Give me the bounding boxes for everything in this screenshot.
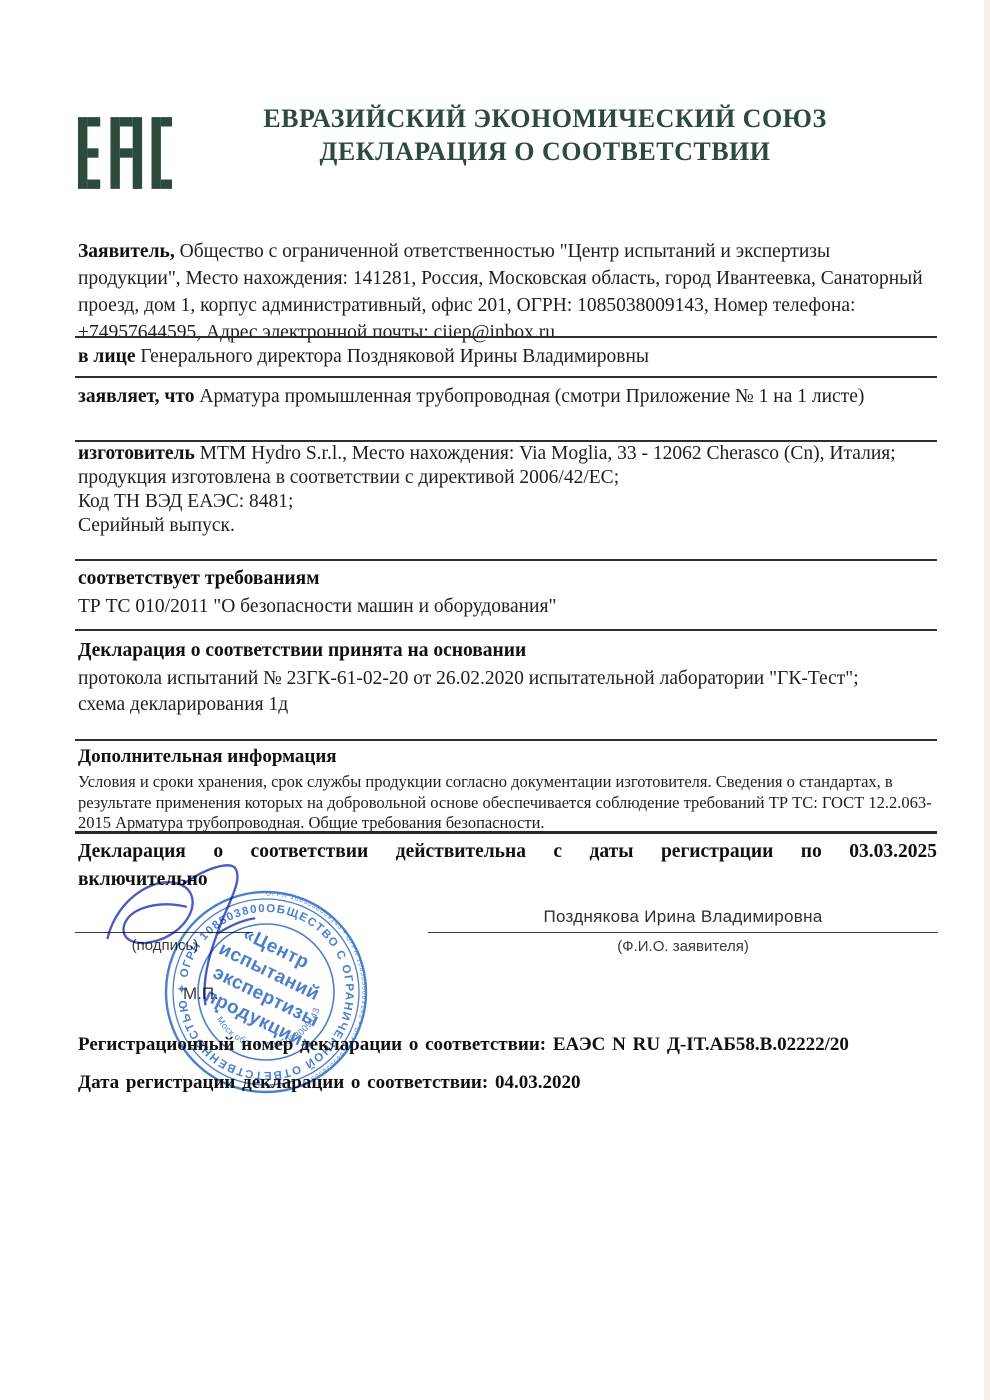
registration-date-value: 04.03.2020 — [495, 1072, 581, 1093]
document-title: ЕВРАЗИЙСКИЙ ЭКОНОМИЧЕСКИЙ СОЮЗ ДЕКЛАРАЦИ… — [225, 102, 865, 168]
manufacturer-line: изготовитель MTM Hydro S.r.l., Место нах… — [78, 442, 937, 466]
applicant-text: Общество с ограниченной ответственностью… — [78, 241, 923, 343]
applicant-name-line — [428, 932, 938, 933]
divider-rule — [75, 559, 937, 561]
divider-rule — [75, 629, 937, 631]
basis-scheme-text: схема декларирования 1д — [78, 692, 937, 718]
declares-paragraph: заявляет, что Арматура промышленная труб… — [78, 383, 937, 410]
in-person-line: в лице Генерального директора Поздняково… — [78, 343, 937, 370]
title-line-2: ДЕКЛАРАЦИЯ О СООТВЕТСТВИИ — [225, 135, 865, 168]
eac-logo-icon — [78, 112, 172, 194]
in-person-label: в лице — [78, 346, 135, 367]
registration-date-label: Дата регистрации декларации о соответств… — [78, 1072, 488, 1093]
registration-number-label: Регистрационный номер декларации о соотв… — [78, 1034, 546, 1055]
declares-text: Арматура промышленная трубопроводная (см… — [199, 386, 864, 407]
company-round-stamp: ОГРН 1085038009143 • ОГРН 1085038009143 … — [160, 886, 372, 1098]
manufacturer-directive-line: продукция изготовлена в соответствии с д… — [78, 466, 937, 490]
declares-label: заявляет, что — [78, 386, 195, 407]
manufacturer-serial-line: Серийный выпуск. — [78, 514, 937, 538]
manufacturer-paragraph: изготовитель MTM Hydro S.r.l., Место нах… — [78, 442, 937, 538]
divider-rule — [75, 739, 937, 741]
manufacturer-label: изготовитель — [78, 443, 195, 464]
applicant-name: Позднякова Ирина Владимировна — [428, 907, 938, 927]
applicant-name-caption: (Ф.И.О. заявителя) — [428, 938, 938, 955]
registration-date-line: Дата регистрации декларации о соответств… — [78, 1069, 958, 1096]
applicant-label: Заявитель, — [78, 241, 175, 262]
divider-rule — [75, 336, 937, 338]
applicant-paragraph: Заявитель, Общество с ограниченной ответ… — [78, 238, 937, 346]
divider-rule — [75, 376, 937, 378]
divider-rule-thick — [75, 831, 937, 834]
scan-edge-artifact — [984, 0, 990, 1400]
basis-paragraph: протокола испытаний № 23ГК-61-02-20 от 2… — [78, 666, 937, 718]
conformity-text: ТР ТС 010/2011 "О безопасности машин и о… — [78, 593, 937, 620]
registration-number-line: Регистрационный номер декларации о соотв… — [78, 1031, 958, 1058]
basis-heading: Декларация о соответствии принята на осн… — [78, 637, 937, 664]
title-line-1: ЕВРАЗИЙСКИЙ ЭКОНОМИЧЕСКИЙ СОЮЗ — [225, 102, 865, 135]
conformity-heading: соответствует требованиям — [78, 565, 937, 592]
registration-number-value: ЕАЭС N RU Д-IT.АБ58.В.02222/20 — [553, 1034, 849, 1055]
basis-protocol-text: протокола испытаний № 23ГК-61-02-20 от 2… — [78, 666, 937, 692]
manufacturer-tnved-line: Код ТН ВЭД ЕАЭС: 8481; — [78, 490, 937, 514]
declaration-document-page: ЕВРАЗИЙСКИЙ ЭКОНОМИЧЕСКИЙ СОЮЗ ДЕКЛАРАЦИ… — [0, 0, 990, 1400]
additional-info-text: Условия и сроки хранения, срок службы пр… — [78, 772, 937, 834]
additional-info-heading: Дополнительная информация — [78, 743, 937, 770]
in-person-text: Генерального директора Поздняковой Ирины… — [140, 346, 649, 367]
manufacturer-text: MTM Hydro S.r.l., Место нахождения: Via … — [200, 443, 896, 464]
